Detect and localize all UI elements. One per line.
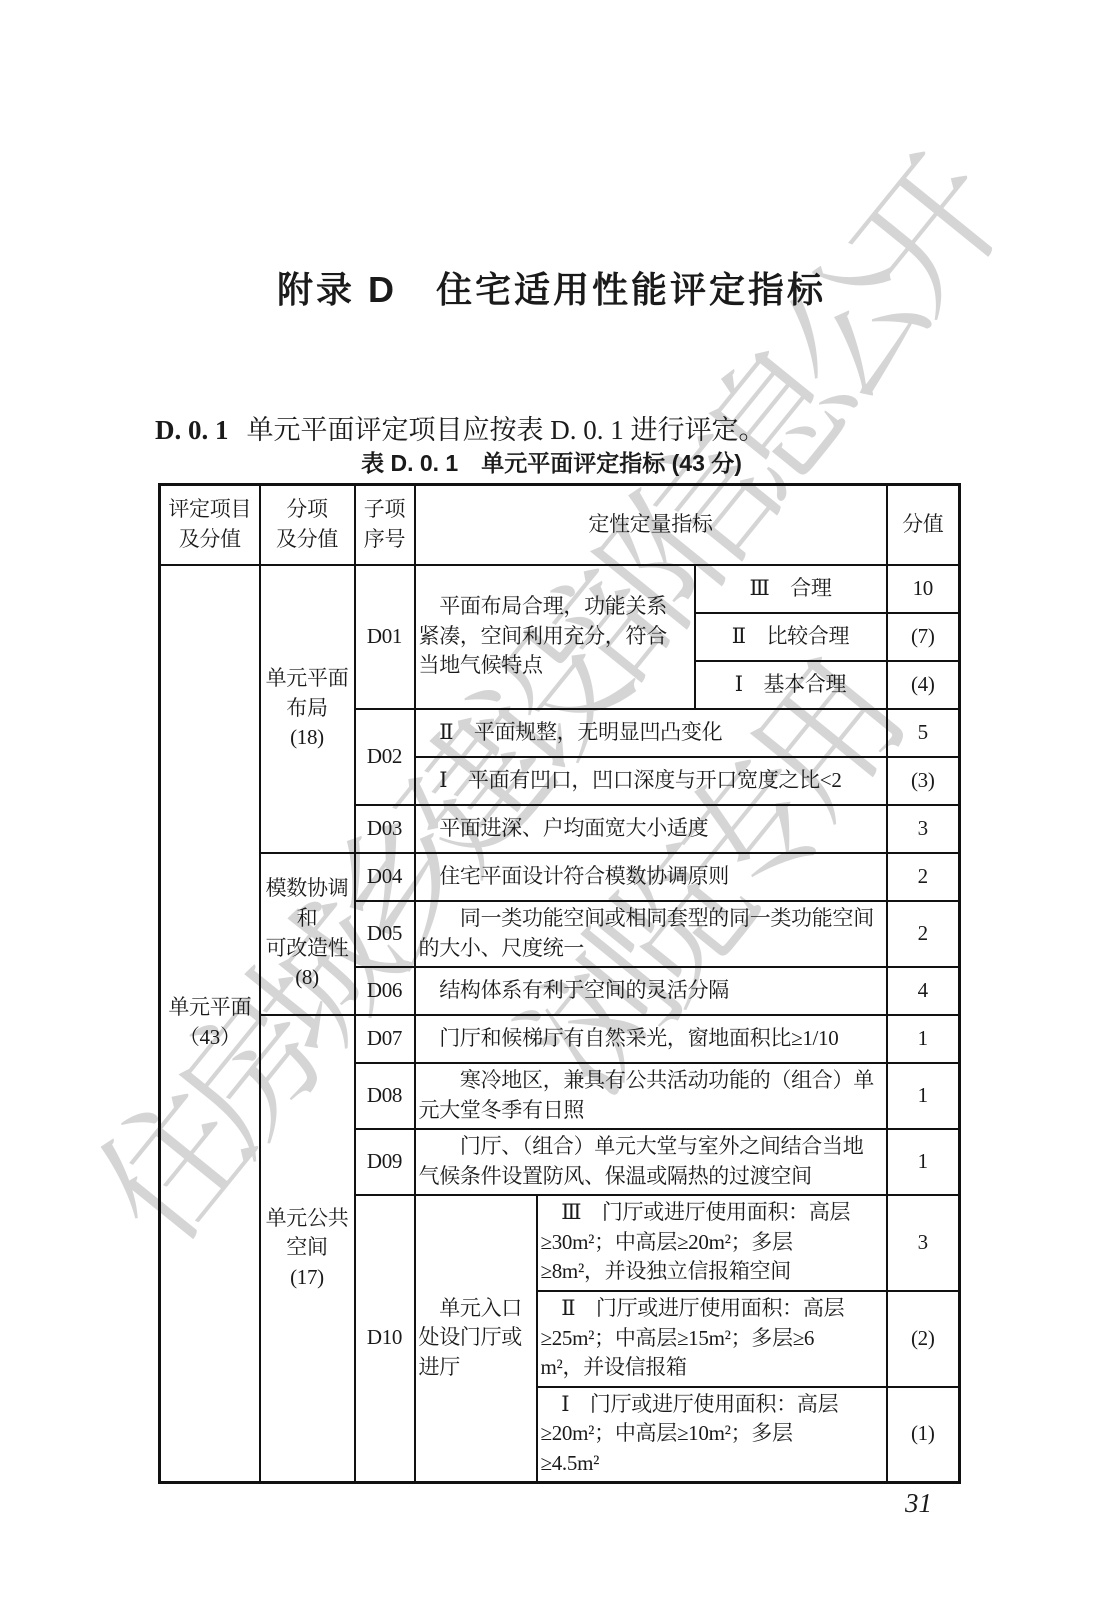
cell-score-d03: 3: [887, 805, 960, 853]
page-title: 附录 D 住宅适用性能评定指标: [0, 262, 1103, 313]
cell-score-d01-3: 10: [887, 565, 960, 613]
cell-grade-d10-2: Ⅱ 门厅或进厅使用面积：高层 ≥25m²；中高层≥15m²；多层≥6 m²，并设…: [537, 1291, 887, 1387]
cell-desc-d09: 门厅、（组合）单元大堂与室外之间结合当地 气候条件设置防风、保温或隔热的过渡空间: [415, 1129, 887, 1195]
cell-id-d02: D02: [355, 709, 415, 805]
cell-desc-d07: 门厅和候梯厅有自然采光，窗地面积比≥1/10: [415, 1015, 887, 1063]
cell-score-d05: 2: [887, 901, 960, 967]
clause-paragraph: D. 0. 1单元平面评定项目应按表 D. 0. 1 进行评定。: [155, 408, 955, 447]
cell-grade-d01-2: Ⅱ 比较合理: [695, 613, 887, 661]
cell-id-d03: D03: [355, 805, 415, 853]
cell-group-unit-plan-layout: 单元平面 布局 (18): [260, 565, 355, 853]
document-page: 住房城乡建设部信息公开 浏览专用 附录 D 住宅适用性能评定指标 D. 0. 1…: [0, 0, 1103, 1598]
header-serial-col: 子项 序号: [355, 485, 415, 565]
cell-group-module-coordination: 模数协调 和 可改造性 (8): [260, 853, 355, 1015]
cell-id-d10: D10: [355, 1195, 415, 1483]
cell-grade-d02-2: Ⅱ 平面规整，无明显凹凸变化: [415, 709, 887, 757]
cell-desc-d01: 平面布局合理，功能关系 紧凑，空间利用充分，符合 当地气候特点: [415, 565, 695, 709]
cell-id-d09: D09: [355, 1129, 415, 1195]
cell-score-d10-2: (2): [887, 1291, 960, 1387]
header-subitem-col: 分项 及分值: [260, 485, 355, 565]
cell-id-d08: D08: [355, 1063, 415, 1129]
cell-score-d04: 2: [887, 853, 960, 901]
cell-score-d09: 1: [887, 1129, 960, 1195]
table-caption: 表 D. 0. 1 单元平面评定指标 (43 分): [0, 445, 1103, 478]
cell-id-d01: D01: [355, 565, 415, 709]
cell-id-d05: D05: [355, 901, 415, 967]
clause-number: D. 0. 1: [155, 415, 229, 445]
cell-desc-d03: 平面进深、户均面宽大小适度: [415, 805, 887, 853]
cell-score-d06: 4: [887, 967, 960, 1015]
cell-score-d07: 1: [887, 1015, 960, 1063]
cell-score-d02-2: 5: [887, 709, 960, 757]
cell-score-d10-1: (1): [887, 1387, 960, 1483]
cell-id-d04: D04: [355, 853, 415, 901]
cell-score-d01-2: (7): [887, 613, 960, 661]
cell-score-d10-3: 3: [887, 1195, 960, 1291]
evaluation-table: 评定项目 及分值 分项 及分值 子项 序号 定性定量指标 分值 单元平面 （43…: [158, 483, 961, 1484]
cell-score-d01-1: (4): [887, 661, 960, 709]
cell-project-unit-plan: 单元平面 （43）: [160, 565, 260, 1483]
cell-desc-d06: 结构体系有利于空间的灵活分隔: [415, 967, 887, 1015]
cell-desc-d08: 寒冷地区，兼具有公共活动功能的（组合）单 元大堂冬季有日照: [415, 1063, 887, 1129]
page-number: 31: [905, 1488, 932, 1519]
cell-id-d06: D06: [355, 967, 415, 1015]
header-project-col: 评定项目 及分值: [160, 485, 260, 565]
cell-id-d07: D07: [355, 1015, 415, 1063]
cell-desc-d10: 单元入口 处设门厅或 进厅: [415, 1195, 537, 1483]
cell-score-d02-1: (3): [887, 757, 960, 805]
cell-grade-d01-1: Ⅰ 基本合理: [695, 661, 887, 709]
header-indicator-col: 定性定量指标: [415, 485, 887, 565]
header-score-col: 分值: [887, 485, 960, 565]
cell-group-unit-public-space: 单元公共 空间 (17): [260, 1015, 355, 1483]
cell-grade-d10-1: Ⅰ 门厅或进厅使用面积：高层 ≥20m²；中高层≥10m²；多层 ≥4.5m²: [537, 1387, 887, 1483]
cell-grade-d01-3: Ⅲ 合理: [695, 565, 887, 613]
cell-desc-d05: 同一类功能空间或相同套型的同一类功能空间 的大小、尺度统一: [415, 901, 887, 967]
clause-text: 单元平面评定项目应按表 D. 0. 1 进行评定。: [247, 415, 766, 445]
cell-grade-d10-3: Ⅲ 门厅或进厅使用面积：高层 ≥30m²；中高层≥20m²；多层 ≥8m²，并设…: [537, 1195, 887, 1291]
cell-desc-d04: 住宅平面设计符合模数协调原则: [415, 853, 887, 901]
cell-score-d08: 1: [887, 1063, 960, 1129]
cell-grade-d02-1: Ⅰ 平面有凹口，凹口深度与开口宽度之比<2: [415, 757, 887, 805]
